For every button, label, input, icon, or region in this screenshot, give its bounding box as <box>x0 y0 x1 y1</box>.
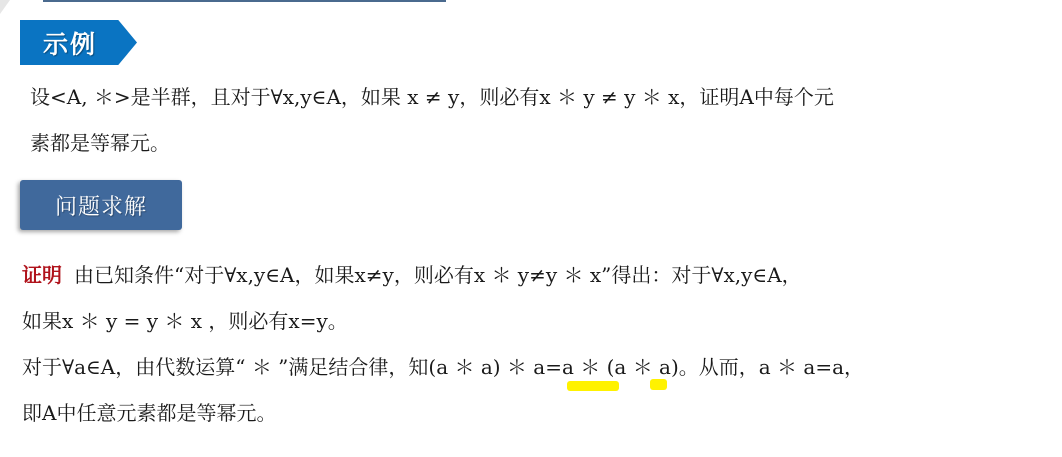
problem-line-2: 素都是等幂元。 <box>30 120 170 166</box>
example-tag: 示例 <box>20 20 137 65</box>
highlight-mark-1 <box>567 381 619 391</box>
top-divider <box>43 0 446 2</box>
proof-line-2: 如果x ＊ y = y ＊ x ，则必有x=y。 <box>22 298 348 344</box>
highlight-mark-2 <box>650 379 667 390</box>
solve-tag: 问题求解 <box>20 180 182 230</box>
solve-tag-label: 问题求解 <box>55 190 147 221</box>
proof-line-1: 证明由已知条件“对于∀x,y∈A，如果x≠y，则必有x ＊ y≠y ＊ x”得出… <box>22 252 802 298</box>
proof-line-3: 对于∀a∈A，由代数运算“ ＊ ”满足结合律，知(a ＊ a) ＊ a=a ＊ … <box>22 344 864 390</box>
problem-line-1: 设<A, ＊>是半群，且对于∀x,y∈A，如果 x ≠ y，则必有x ＊ y ≠… <box>30 74 834 120</box>
proof-line-4: 即A中任意元素都是等幂元。 <box>22 390 276 436</box>
proof-text-1: 由已知条件“对于∀x,y∈A，如果x≠y，则必有x ＊ y≠y ＊ x”得出：对… <box>74 263 802 287</box>
page-corner-fold <box>0 0 10 14</box>
proof-label: 证明 <box>22 263 62 287</box>
example-tag-label: 示例 <box>43 25 97 61</box>
